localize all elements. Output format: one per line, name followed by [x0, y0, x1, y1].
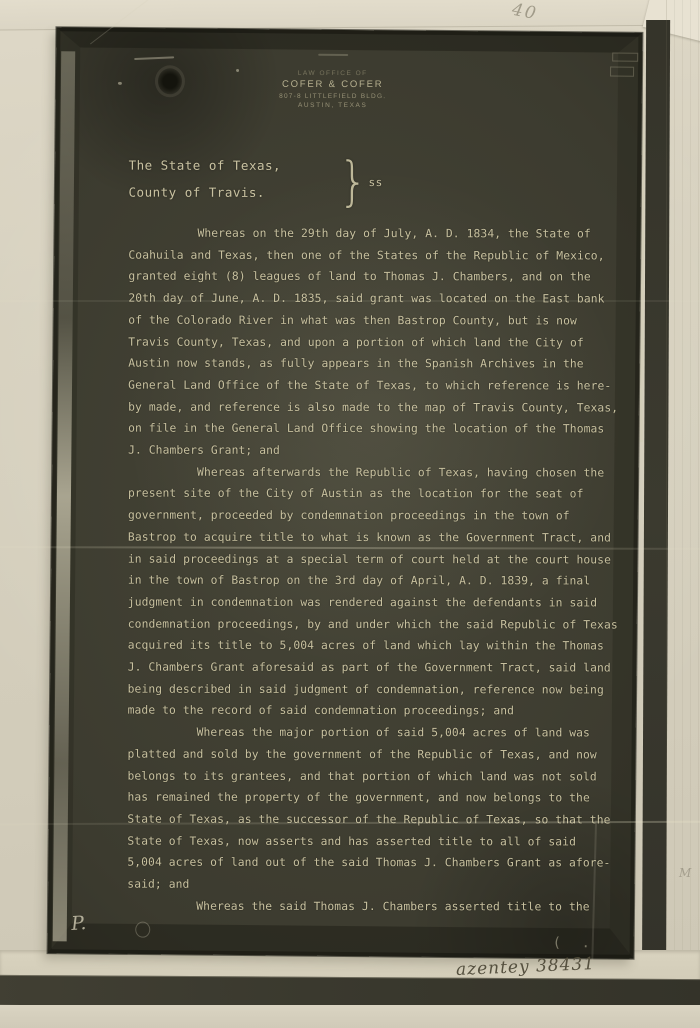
caption-state: The State of Texas,	[129, 158, 282, 185]
file-number: 38431	[536, 954, 596, 977]
letterhead: LAW OFFICE OF COFER & COFER 807-8 LITTLE…	[53, 69, 613, 109]
caption-ss: ss	[369, 176, 383, 189]
typewritten-body: Whereas on the 29th day of July, A. D. 1…	[127, 223, 633, 918]
caption-county: County of Travis.	[128, 185, 281, 212]
caption-brace: }	[338, 150, 368, 212]
margin-pencil-mark: M	[679, 866, 691, 880]
photostat-negative: ( . LAW OFFICE OF COFER & COFER 807-8 LI…	[48, 27, 643, 959]
letterhead-tagline: LAW OFFICE OF	[53, 69, 613, 77]
letterhead-address: 807-8 LITTLEFIELD BLDG.	[53, 92, 613, 100]
faint-circle-mark	[135, 922, 150, 938]
photo-paper-bottom-edge	[0, 1005, 700, 1028]
photo-paper-top-edge	[0, 0, 700, 30]
handwritten-page-mark: P.	[71, 912, 87, 935]
case-caption: The State of Texas, County of Travis. } …	[128, 158, 281, 212]
letterhead-firm-name: COFER & COFER	[53, 78, 613, 90]
fold-crease-horizontal	[0, 300, 700, 302]
letterhead-city: AUSTIN, TEXAS	[53, 101, 613, 109]
document-content: LAW OFFICE OF COFER & COFER 807-8 LITTLE…	[51, 29, 639, 956]
scanned-document-page: 40 M azentey 38431 ( . LAW OFFICE OF COF…	[0, 0, 700, 1028]
file-label: azentey	[456, 957, 530, 980]
